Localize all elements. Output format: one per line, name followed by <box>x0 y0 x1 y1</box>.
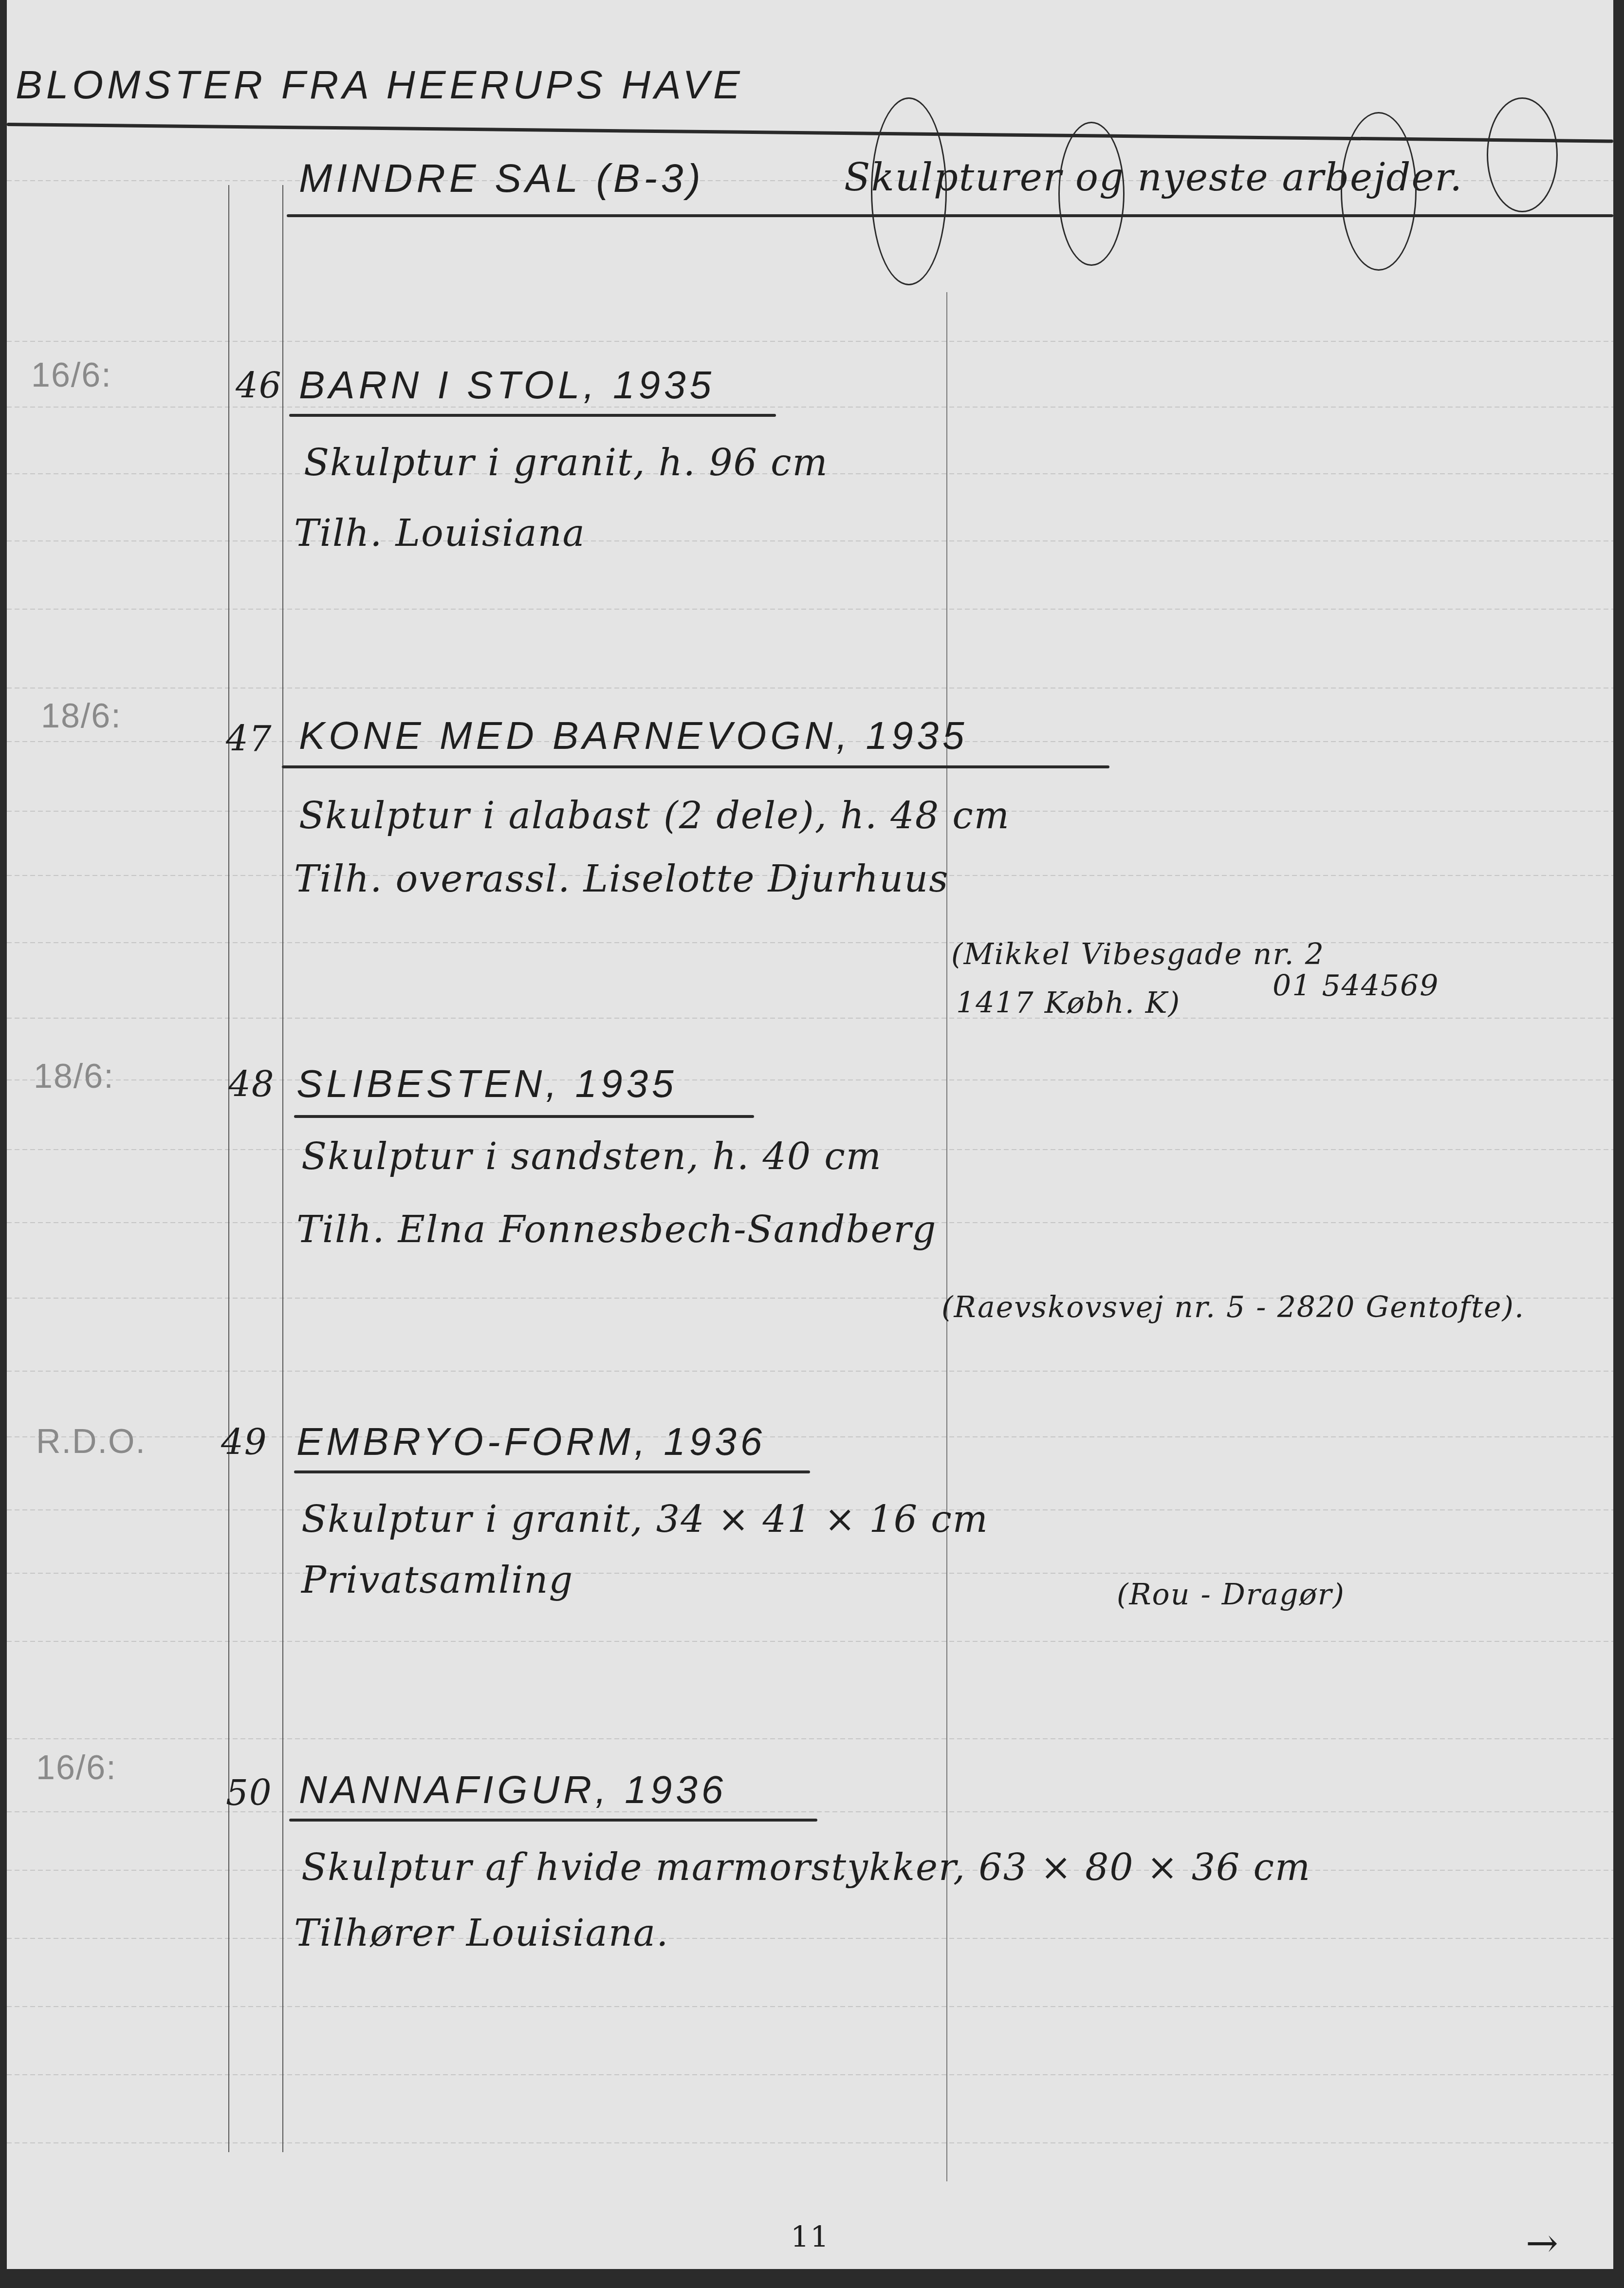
artwork-title: NANNAFIGUR, 1936 <box>299 1767 727 1812</box>
owner-location: (Rou - Dragør) <box>1117 1578 1345 1612</box>
date-note: 16/6: <box>36 1748 117 1787</box>
section-underline <box>287 214 1613 217</box>
artwork-material: Skulptur i sandsten, h. 40 cm <box>301 1135 882 1178</box>
ruled-line <box>7 1641 1613 1642</box>
section-heading: MINDRE SAL (B-3) <box>299 156 704 202</box>
artwork-owner: Tilh. Louisiana <box>294 511 586 555</box>
date-note: R.D.O. <box>36 1422 146 1461</box>
artwork-title: BARN I STOL, 1935 <box>299 363 715 408</box>
entry-number: 49 <box>221 1422 268 1463</box>
artwork-title-underline <box>289 1819 817 1822</box>
ruled-line <box>7 1018 1613 1019</box>
artwork-owner: Privatsamling <box>301 1558 573 1601</box>
ruled-line <box>7 688 1613 688</box>
artwork-title: EMBRYO-FORM, 1936 <box>296 1419 766 1464</box>
artwork-title-underline <box>289 414 776 417</box>
ruled-line <box>7 609 1613 610</box>
ruled-line <box>7 1938 1613 1939</box>
artwork-material: Skulptur i granit, h. 96 cm <box>304 441 829 484</box>
ruled-line <box>7 341 1613 342</box>
ruled-line <box>7 1371 1613 1372</box>
artwork-owner: Tilh. Elna Fonnesbech-Sandberg <box>296 1208 937 1251</box>
ruled-line <box>7 1573 1613 1574</box>
ruled-line <box>7 2006 1613 2007</box>
artwork-title-underline <box>282 765 1109 768</box>
artwork-owner: Tilh. overassl. Liselotte Djurhuus <box>294 857 949 900</box>
entry-number: 46 <box>236 365 282 406</box>
owner-address: (Raevskovsvej nr. 5 - 2820 Gentofte). <box>941 1290 1525 1324</box>
circled-annotation <box>871 97 947 285</box>
entry-number: 50 <box>226 1772 273 1813</box>
date-note: 18/6: <box>34 1057 114 1096</box>
document-title: BLOMSTER FRA HEERUPS HAVE <box>16 62 744 108</box>
continue-arrow-icon: → <box>1526 2220 1559 2266</box>
ruled-line <box>7 540 1613 541</box>
artwork-material: Skulptur i alabast (2 dele), h. 48 cm <box>299 794 1010 837</box>
column-line <box>946 292 947 2181</box>
artwork-material: Skulptur i granit, 34 × 41 × 16 cm <box>301 1497 989 1541</box>
circled-annotation <box>1341 112 1417 271</box>
artwork-material: Skulptur af hvide marmorstykker, 63 × 80… <box>301 1845 1311 1889</box>
ruled-line <box>7 942 1613 943</box>
ruled-line <box>7 2142 1613 2143</box>
owner-address: 1417 Købh. K) <box>956 986 1181 1020</box>
entry-number: 47 <box>226 718 273 759</box>
circled-annotation <box>1487 97 1558 212</box>
ruled-line <box>7 407 1613 408</box>
page-number: 11 <box>791 2220 830 2254</box>
margin-line <box>228 185 229 2152</box>
date-note: 18/6: <box>41 696 122 735</box>
artwork-owner: Tilhører Louisiana. <box>294 1911 669 1954</box>
artwork-title: SLIBESTEN, 1935 <box>296 1061 678 1106</box>
artwork-title-underline <box>294 1115 754 1118</box>
ruled-line <box>7 1738 1613 1739</box>
artwork-title-underline <box>294 1470 810 1473</box>
entry-number: 48 <box>228 1064 275 1105</box>
owner-address: (Mikkel Vibesgade nr. 2 <box>951 937 1325 971</box>
artwork-title: KONE MED BARNEVOGN, 1935 <box>299 713 968 758</box>
ruled-line <box>7 2074 1613 2075</box>
circled-annotation <box>1058 122 1125 266</box>
margin-line <box>282 185 283 2152</box>
owner-phone: 01 544569 <box>1273 969 1439 1003</box>
document-page: BLOMSTER FRA HEERUPS HAVE MINDRE SAL (B-… <box>7 0 1613 2269</box>
date-note: 16/6: <box>31 355 112 394</box>
